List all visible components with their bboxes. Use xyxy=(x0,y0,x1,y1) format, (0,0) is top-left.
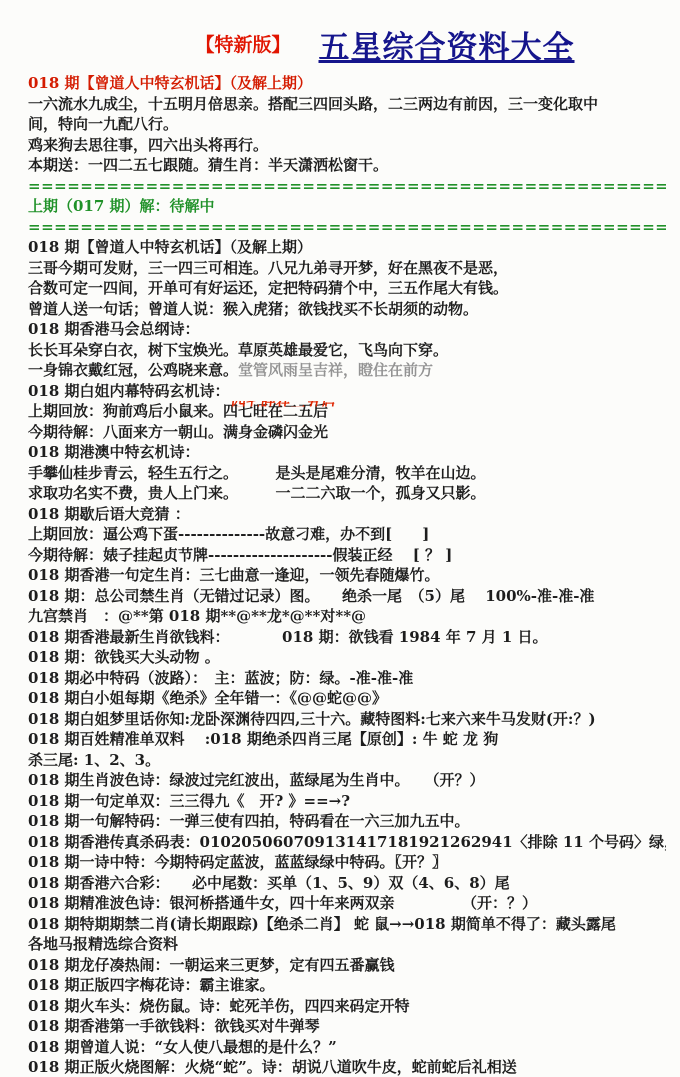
text-line: 018 期白姐内幕特码玄机诗： xyxy=(28,381,666,402)
text-line: 018 期曾道人说：“女人使八最想的是什么？” xyxy=(28,1037,666,1058)
section-separator: ========================================… xyxy=(28,217,666,238)
text-line: 018 期正版火烧图解：火烧“蛇”。诗：胡说八道吹牛皮，蛇前蛇后礼相送 xyxy=(28,1057,666,1077)
text-segment: 上期回放：狗前鸡后小鼠来。 xyxy=(28,402,223,420)
lottery-info-page: 【特新版】五星综合资料大全 018 期【曾道人中特玄机话】（及解上期）一六流水九… xyxy=(0,0,680,1077)
text-line: 018 期龙仔凑热闹：一朝运来三更梦，定有四五番赢钱 xyxy=(28,955,666,976)
text-line: 018 期：欲钱买大头动物 。 xyxy=(28,647,666,668)
text-line: 018 期香港第一手欲钱料：欲钱买对牛弹琴 xyxy=(28,1016,666,1037)
text-line: 018 期香港六合彩： 必中尾数：买单（1、5、9）双（4、6、8）尾 xyxy=(28,873,666,894)
text-line: 杀三尾: 1、2、3。 xyxy=(28,750,666,771)
text-line: 018 期香港最新生肖欲钱料： 018 期：欲钱看 1984 年 7 月 1 日… xyxy=(28,627,666,648)
text-line: 三哥今期可发财，三一四三可相连。八兄九弟寻开梦，好在黑夜不是恶， xyxy=(28,258,666,279)
text-line: 018 期香港传真杀码表：010205060709131417181921262… xyxy=(28,832,666,853)
text-line: 018 期白小姐每期《绝杀》全年错一：《@@蛇@@》 xyxy=(28,688,666,709)
text-line: 018 期白姐梦里话你知:龙卧深渊待四四,三十六。藏特图料:七来六来牛马发财(开… xyxy=(28,709,666,730)
text-line: 018 期一诗中特：今期特码定蓝波，蓝蓝绿绿中特码。〖开？〗 xyxy=(28,852,666,873)
text-line: 018 期特期期禁二肖(请长期跟踪)【绝杀二肖】 蛇 鼠→→018 期简单不得了… xyxy=(28,914,666,935)
text-line: 本期送：一四二五七跟随。猜生肖：半天潇洒松窗干。 xyxy=(28,155,666,176)
text-line: 鸡来狗去思往事，四六出头将再行。 xyxy=(28,135,666,156)
text-line: 一身锦衣戴红冠，公鸡晓来意。堂管风雨呈吉祥，瞪住在前方 xyxy=(28,360,666,381)
text-line: 各地马报精选综合资料 xyxy=(28,934,666,955)
text-line: 018 期生肖波色诗：绿波过完红波出，蓝绿尾为生肖中。 （开？） xyxy=(28,770,666,791)
text-line: 上期回放：狗前鸡后小鼠来。四七旺在二五后四七旺在二五后 xyxy=(28,401,666,422)
text-line: 018 期一句解特码：一弹三使有四拍，特码看在一六三加九五中。 xyxy=(28,811,666,832)
text-line: 018 期火车头：烧伤鼠。诗：蛇死羊伤，四四来码定开特 xyxy=(28,996,666,1017)
edition-badge: 【特新版】 xyxy=(195,34,290,56)
text-line: 018 期精准波色诗：银河桥搭通牛女，四十年来两双亲 （开：？） xyxy=(28,893,666,914)
text-line: 上期回放：逼公鸡下蛋--------------故意刁难，办不到[ ] xyxy=(28,524,666,545)
text-line: 018 期香港一句定生肖：三七曲意一逢迎，一领先春随爆竹。 xyxy=(28,565,666,586)
text-line: 018 期百姓精准单双料 :018 期绝杀四肖三尾【原创】: 牛 蛇 龙 狗 xyxy=(28,729,666,750)
text-line: 求取功名实不费，贵人上门来。 一二二六取一个，孤身又只影。 xyxy=(28,483,666,504)
text-line: 018 期一句定单双：三三得九《 开? 》==→? xyxy=(28,791,666,812)
text-line: 018 期港澳中特玄机诗： xyxy=(28,442,666,463)
status-line: 上期（017 期）解：待解中 xyxy=(28,196,666,217)
text-line: 一六流水九成尘，十五明月倍思亲。搭配三四回头路，二三两边有前因，三一变化取中 xyxy=(28,94,666,115)
text-line: 018 期必中特码（波路）： 主：蓝波；防：绿。-准-准-准 xyxy=(28,668,666,689)
page-header: 【特新版】五星综合资料大全 xyxy=(0,0,680,69)
text-line: 018 期正版四字梅花诗：霸主谁家。 xyxy=(28,975,666,996)
text-line: 曾道人送一句话；曾道人说：猴入虎猪；欲钱找买不长胡须的动物。 xyxy=(28,299,666,320)
text-line: 手攀仙桂步青云，轻生五行之。 是头是尾难分清，牧羊在山边。 xyxy=(28,463,666,484)
text-line: 九宫禁肖 ：@**第 018 期**@**龙*@**对**@ xyxy=(28,606,666,627)
text-segment: 一身锦衣戴红冠，公鸡晓来意。 xyxy=(28,361,238,379)
text-line: 合数可定一四间，开单可有好运还，定把特码猜个中，三五作尾大有钱。 xyxy=(28,278,666,299)
text-line: 018 期香港马会总纲诗： xyxy=(28,319,666,340)
text-line: 间，特向一九配八行。 xyxy=(28,114,666,135)
text-line: 018 期【曾道人中特玄机话】（及解上期） xyxy=(28,237,666,258)
section-separator: ========================================… xyxy=(28,176,666,197)
text-line: 今期待解：婊子挂起贞节牌--------------------假装正经 [ ？… xyxy=(28,545,666,566)
content-lines: 018 期【曾道人中特玄机话】（及解上期）一六流水九成尘，十五明月倍思亲。搭配三… xyxy=(0,69,680,1077)
text-line: 018 期：总公司禁生肖（无错过记录）图。 绝杀一尾 （5）尾 100%-准-准… xyxy=(28,586,666,607)
text-line: 018 期歇后语大竞猜 ： xyxy=(28,504,666,525)
overprint-group: 四七旺在二五后四七旺在二五后 xyxy=(223,401,328,422)
faded-text-segment: 堂管风雨呈吉祥，瞪住在前方 xyxy=(238,361,433,379)
text-segment: 四七旺在二五后 xyxy=(223,402,328,420)
text-line: 今期待解：八面来方一朝山。满身金磷闪金光 xyxy=(28,422,666,443)
text-line: 长长耳朵穿白衣，树下宝焕光。草原英雄最爱它，飞鸟向下穿。 xyxy=(28,340,666,361)
page-title[interactable]: 五星综合资料大全 xyxy=(319,30,575,66)
section-heading: 018 期【曾道人中特玄机话】（及解上期） xyxy=(28,73,666,94)
